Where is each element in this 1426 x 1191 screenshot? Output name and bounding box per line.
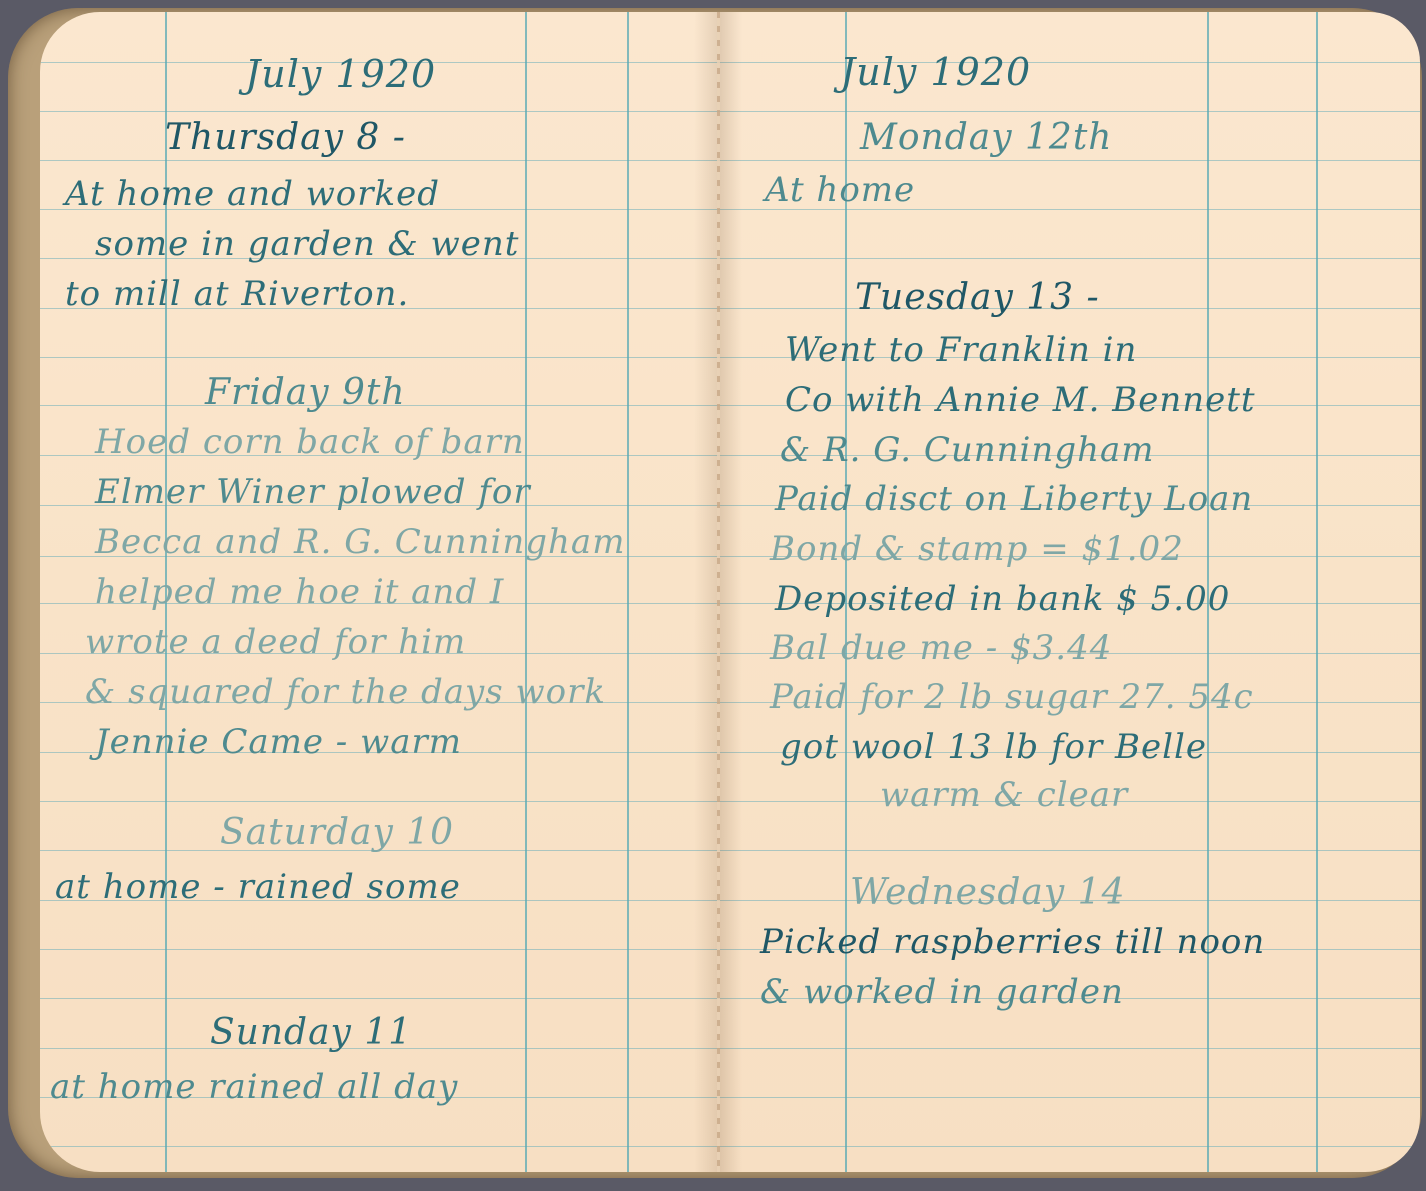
day-heading: Wednesday 14 bbox=[850, 872, 1125, 913]
entry-line: Elmer Winer plowed for bbox=[95, 472, 531, 512]
rule-line bbox=[720, 850, 1420, 851]
left-page: July 1920 Thursday 8 - At home and worke… bbox=[40, 12, 720, 1172]
entry-line: helped me hoe it and I bbox=[95, 572, 504, 612]
entry-line: Co with Annie M. Bennett bbox=[785, 380, 1256, 420]
day-heading: Sunday 11 bbox=[210, 1012, 412, 1053]
rule-line bbox=[720, 62, 1420, 63]
entry-line: warm & clear bbox=[880, 775, 1128, 815]
entry-line: Deposited in bank $ 5.00 bbox=[775, 579, 1230, 619]
rule-line bbox=[720, 1146, 1420, 1147]
entry-line: At home bbox=[765, 170, 915, 210]
entry-line: Bond & stamp = $1.02 bbox=[770, 529, 1184, 569]
rule-line bbox=[40, 998, 720, 999]
entry-line: to mill at Riverton. bbox=[65, 274, 409, 314]
entry-line: Went to Franklin in bbox=[785, 330, 1137, 370]
entry-line: Bal due me - $3.44 bbox=[770, 628, 1112, 668]
entry-line: & R. G. Cunningham bbox=[780, 430, 1155, 470]
entry-line: Paid for 2 lb sugar 27. 54c bbox=[770, 677, 1254, 717]
rule-line bbox=[720, 111, 1420, 112]
rule-line bbox=[40, 949, 720, 950]
rule-line bbox=[720, 1048, 1420, 1049]
entry-line: Hoed corn back of barn bbox=[95, 422, 525, 462]
rule-line bbox=[720, 160, 1420, 161]
rule-line bbox=[40, 357, 720, 358]
entry-line: At home and worked bbox=[65, 174, 440, 214]
day-heading: Monday 12th bbox=[860, 117, 1112, 158]
rule-line bbox=[40, 801, 720, 802]
entry-line: Becca and R. G. Cunningham bbox=[95, 522, 625, 562]
entry-line: & worked in garden bbox=[760, 972, 1124, 1012]
entry-line: some in garden & went bbox=[95, 224, 519, 264]
entry-line: & squared for the days work bbox=[85, 672, 606, 712]
column-rule bbox=[525, 12, 527, 1172]
column-rule bbox=[1316, 12, 1318, 1172]
rule-line bbox=[40, 111, 720, 112]
rule-line bbox=[720, 1097, 1420, 1098]
rule-line bbox=[720, 258, 1420, 259]
entry-line: wrote a deed for him bbox=[85, 622, 466, 662]
day-heading: Thursday 8 - bbox=[165, 117, 406, 158]
day-heading: Tuesday 13 - bbox=[855, 277, 1100, 318]
page-header: July 1920 bbox=[245, 52, 436, 96]
entry-line: Picked raspberries till noon bbox=[760, 922, 1265, 962]
rule-line bbox=[40, 1146, 720, 1147]
day-heading: Friday 9th bbox=[205, 372, 406, 413]
right-page: July 1920 Monday 12th At home Tuesday 13… bbox=[720, 12, 1420, 1172]
day-heading: Saturday 10 bbox=[220, 812, 454, 853]
column-rule bbox=[627, 12, 629, 1172]
entry-line: Paid disct on Liberty Loan bbox=[775, 479, 1253, 519]
entry-line: got wool 13 lb for Belle bbox=[780, 727, 1207, 767]
entry-line: at home rained all day bbox=[50, 1067, 458, 1107]
rule-line bbox=[40, 160, 720, 161]
entry-line: Jennie Came - warm bbox=[95, 722, 462, 762]
entry-line: at home - rained some bbox=[55, 867, 461, 907]
page-header: July 1920 bbox=[840, 50, 1031, 94]
